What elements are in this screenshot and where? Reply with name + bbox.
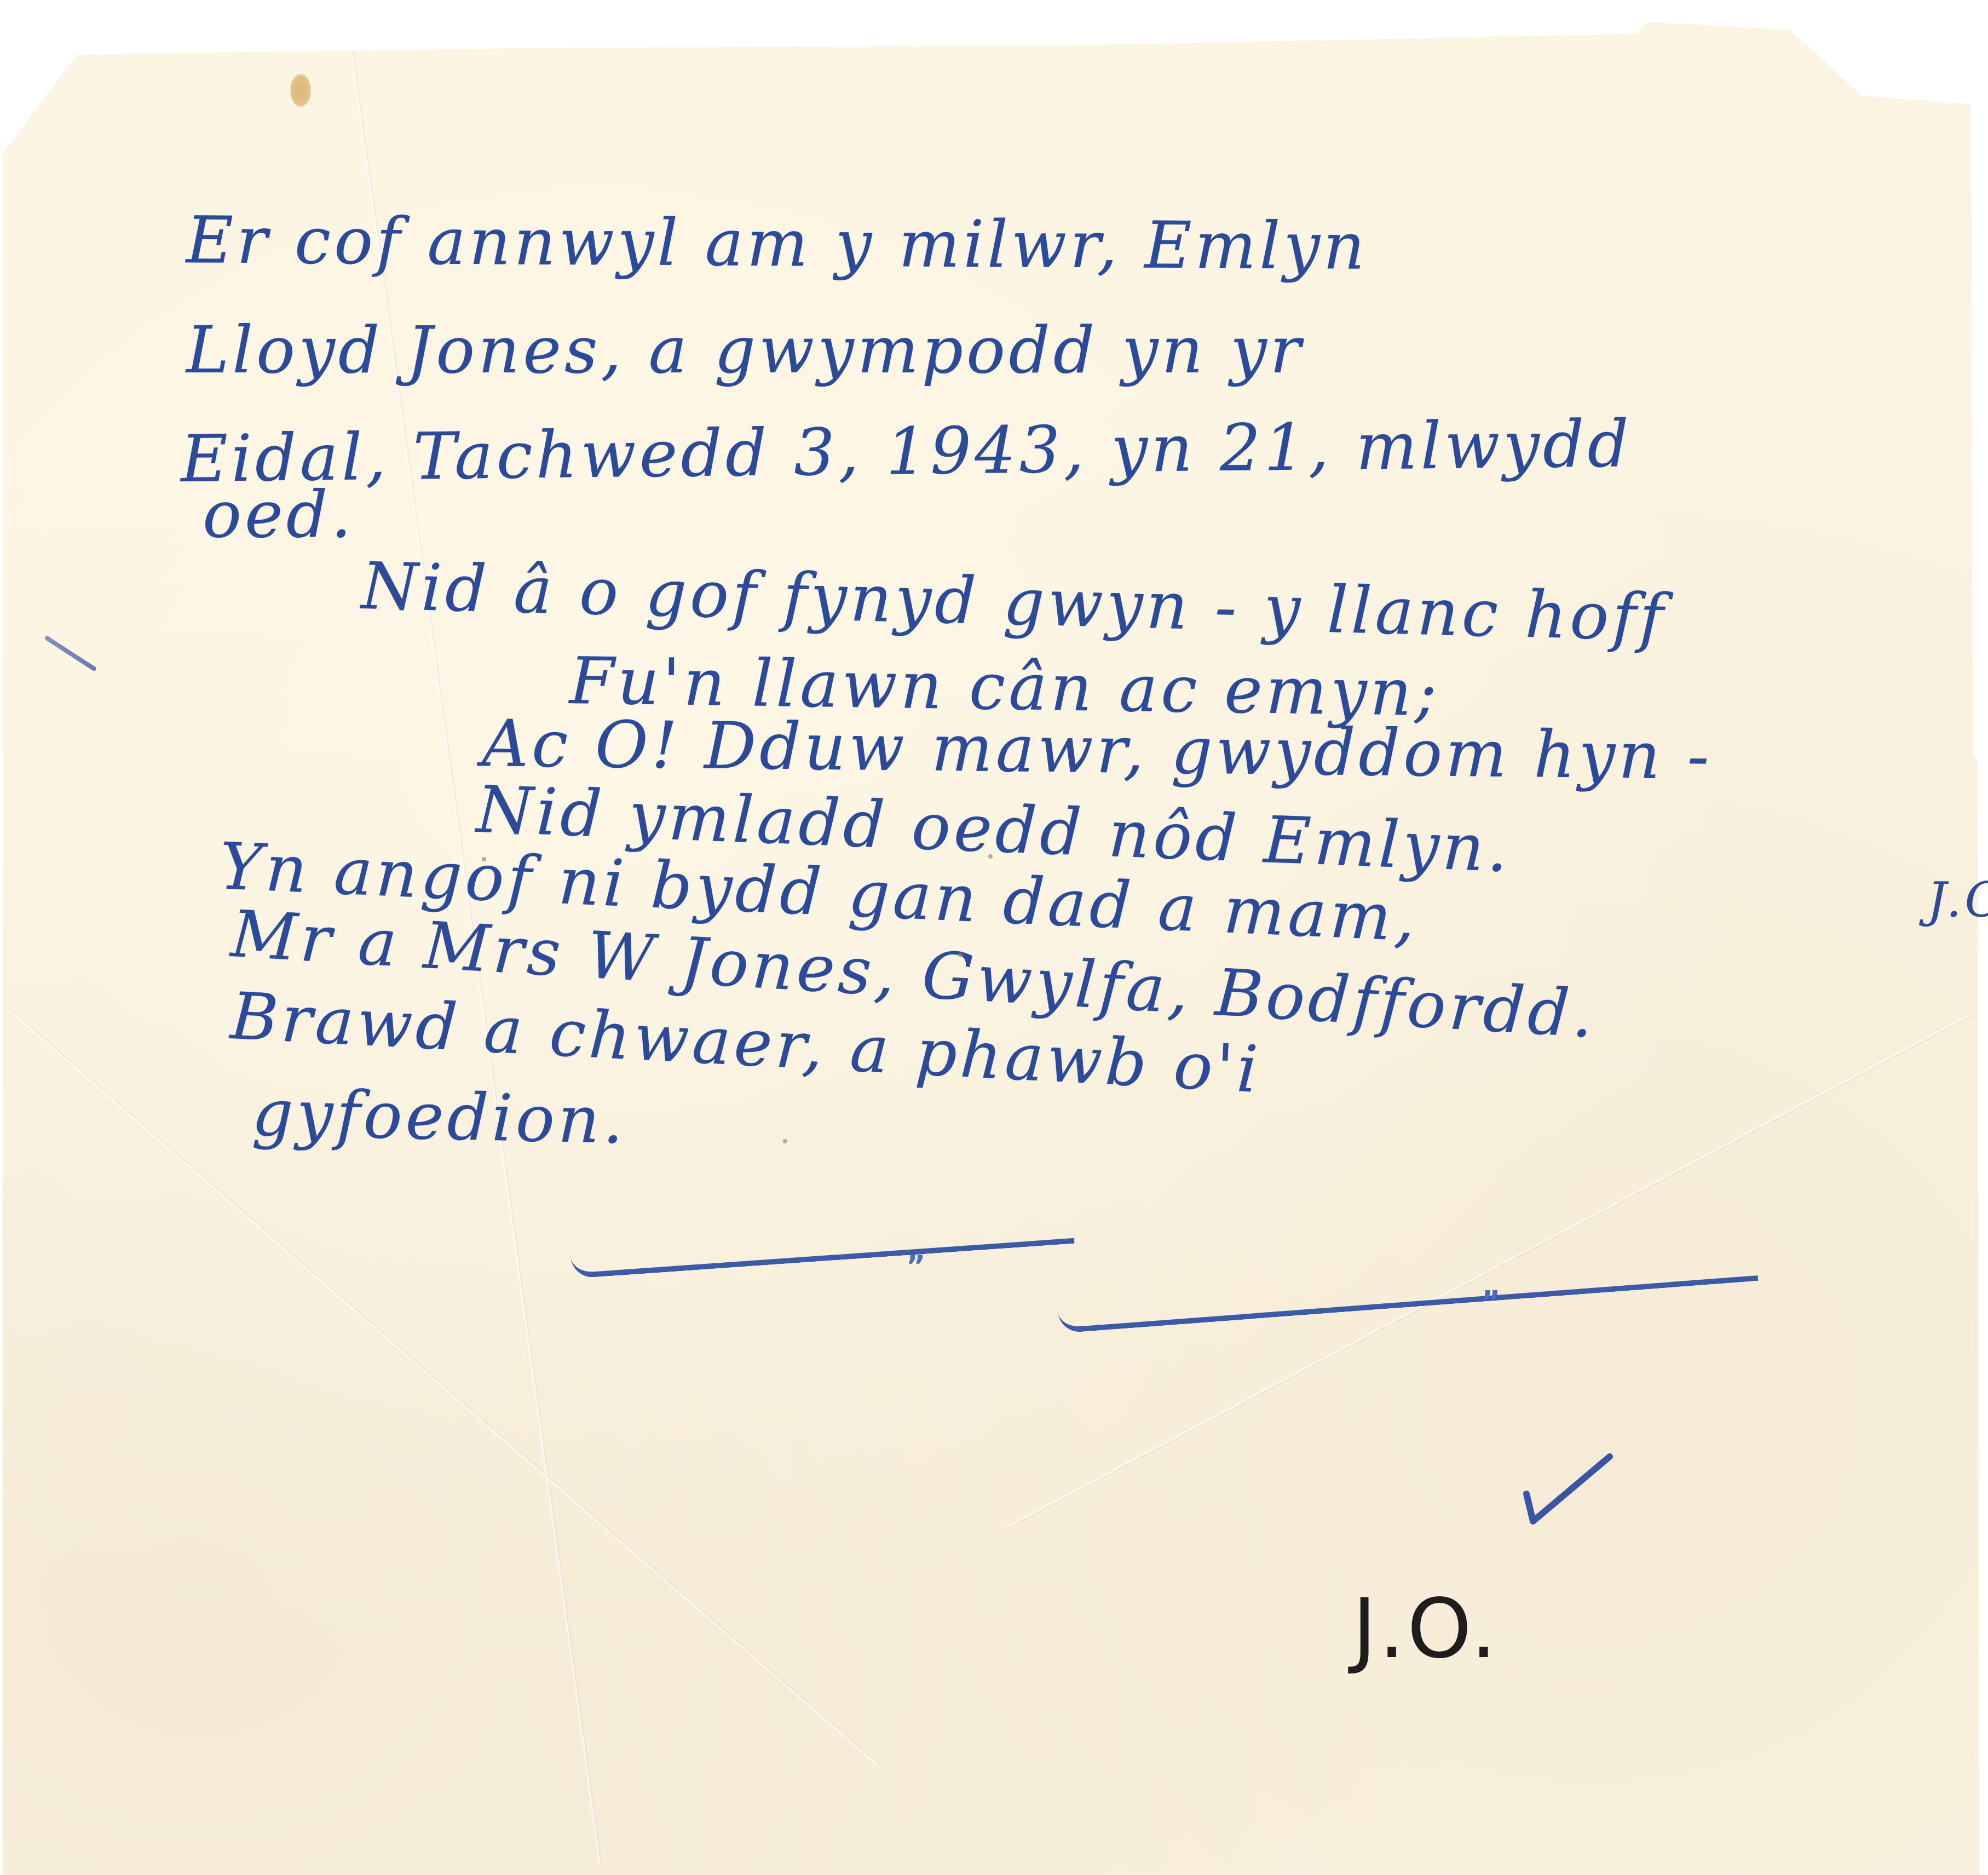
- brown-stain-spot: [290, 74, 311, 107]
- signature-initials: J.O.: [1352, 1588, 1499, 1670]
- ditto-mark-1: ”: [906, 1249, 924, 1283]
- dedication-line-1: Er cof annwyl am y milwr, Emlyn: [186, 208, 1368, 278]
- check-mark-icon: [1517, 1451, 1615, 1528]
- speck: [958, 953, 963, 957]
- speck: [482, 857, 486, 861]
- dedication-line-2: Lloyd Jones, a gwympodd yn yr: [186, 318, 1304, 382]
- ditto-mark-2: ”: [1481, 1284, 1499, 1319]
- verse-author-initials: J.O.: [1927, 876, 1988, 924]
- speck: [988, 854, 993, 859]
- dedication-line-3: Eidal, Tachwedd 3, 1943, yn 21, mlwydd: [180, 411, 1632, 491]
- verse-line-3: Ac O! Dduw mawr, gwyddom hyn -: [481, 711, 1713, 789]
- dedication-line-4: oed.: [203, 482, 355, 547]
- speck: [783, 1139, 787, 1143]
- family-line-4: gyfoedion.: [251, 1080, 627, 1153]
